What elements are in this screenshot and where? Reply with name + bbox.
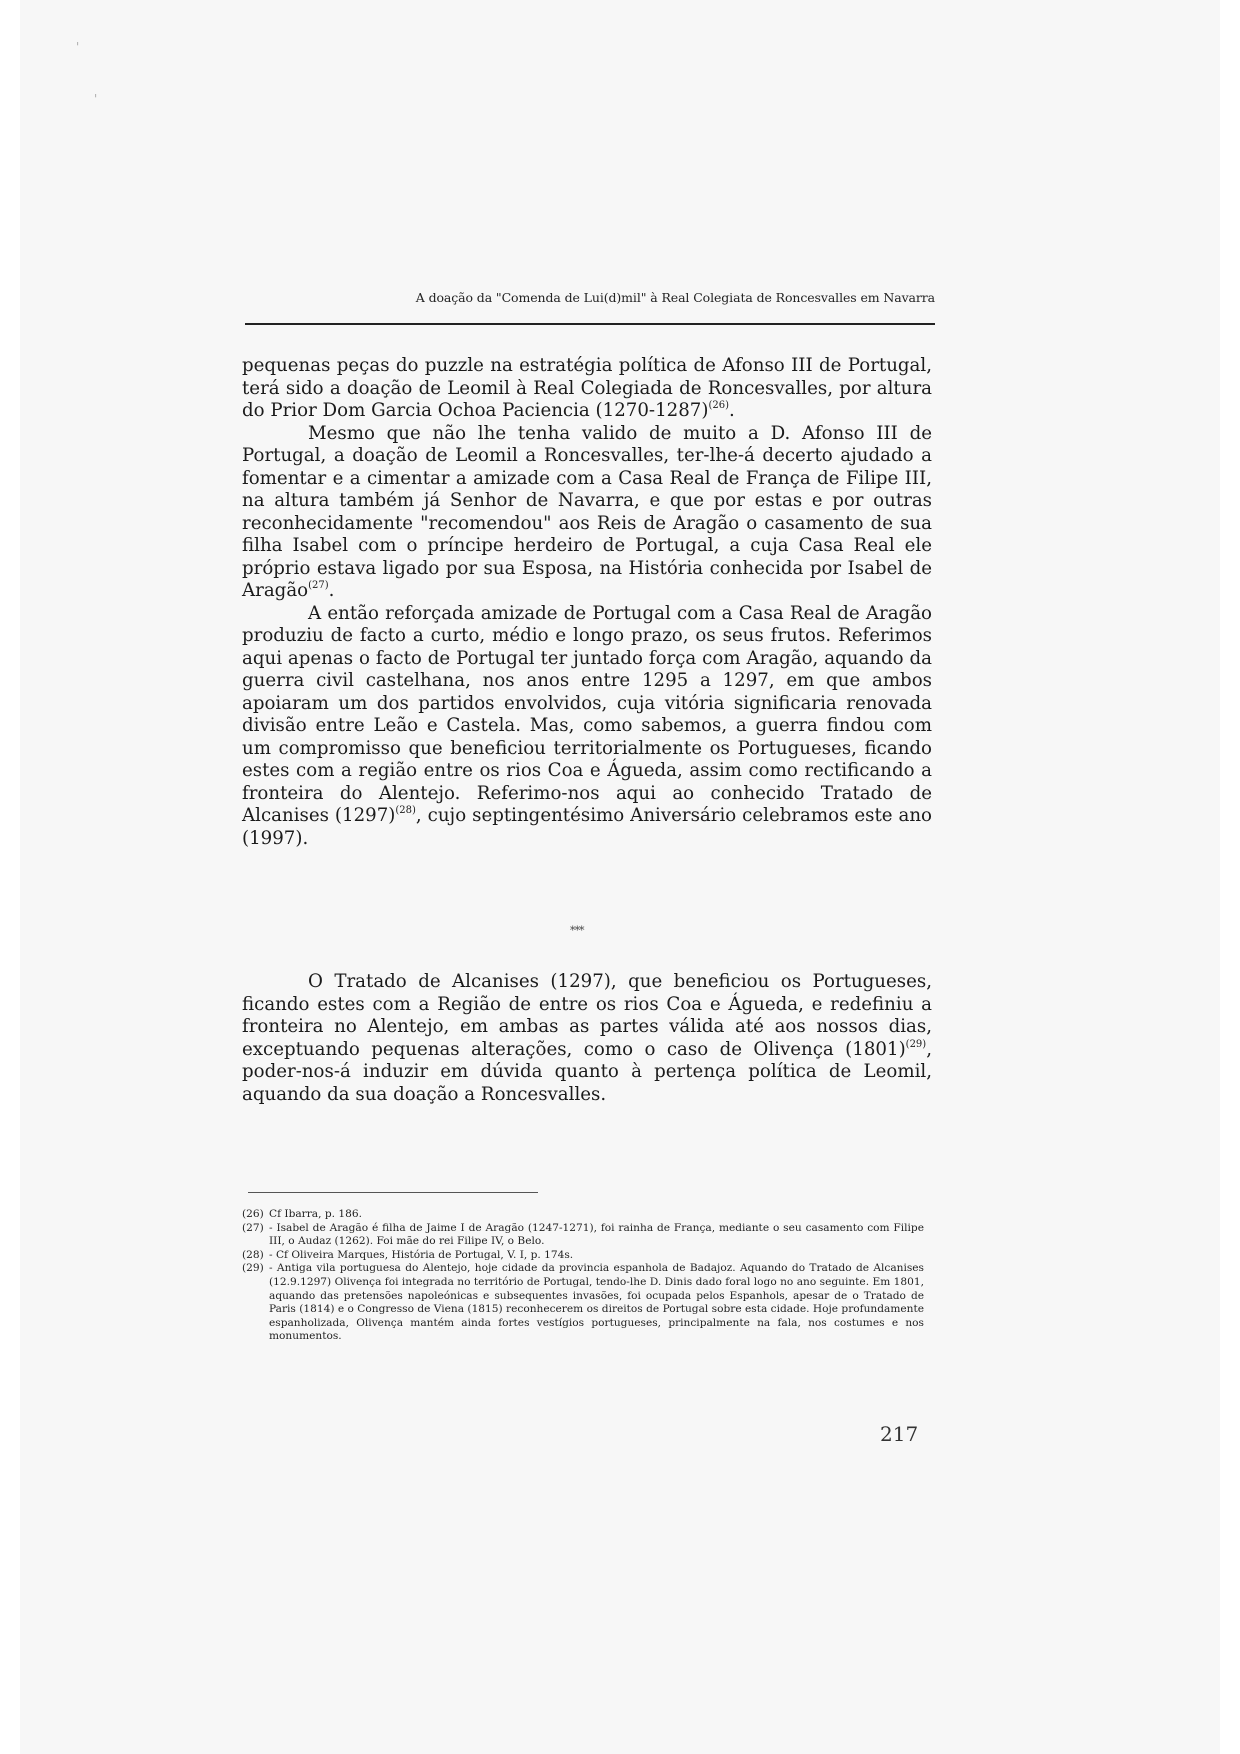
section-separator: *** (570, 924, 584, 937)
scanned-page (20, 0, 1220, 1754)
footnote-28: (28)- Cf Oliveira Marques, História de P… (242, 1249, 924, 1263)
running-header: A doação da "Comenda de Lui(d)mil" à Rea… (350, 290, 935, 305)
paragraph: pequenas peças do puzzle na estratégia p… (242, 355, 932, 423)
footnote-rule (248, 1192, 538, 1193)
footnotes: (26)Cf Ibarra, p. 186. (27)- Isabel de A… (242, 1208, 924, 1344)
footnote-27: (27)- Isabel de Aragão é filha de Jaime … (242, 1222, 924, 1249)
header-rule (245, 323, 935, 325)
footnote-26: (26)Cf Ibarra, p. 186. (242, 1208, 924, 1222)
footnote-ref[interactable]: (29) (906, 1039, 927, 1050)
body-text: pequenas peças do puzzle na estratégia p… (242, 355, 932, 850)
footnote-ref[interactable]: (27) (308, 580, 329, 591)
paragraph: O Tratado de Alcanises (1297), que benef… (242, 971, 932, 1106)
footnote-29: (29)- Antiga vila portuguesa do Alentejo… (242, 1262, 924, 1344)
page-number: 217 (880, 1422, 918, 1446)
paragraph: Mesmo que não lhe tenha valido de muito … (242, 423, 932, 603)
footnote-ref[interactable]: (26) (708, 400, 729, 411)
footnote-ref[interactable]: (28) (395, 805, 416, 816)
scan-mark: ' (76, 40, 79, 54)
section-two: O Tratado de Alcanises (1297), que benef… (242, 971, 932, 1106)
scan-mark: ' (94, 92, 97, 106)
paragraph: A então reforçada amizade de Portugal co… (242, 603, 932, 851)
